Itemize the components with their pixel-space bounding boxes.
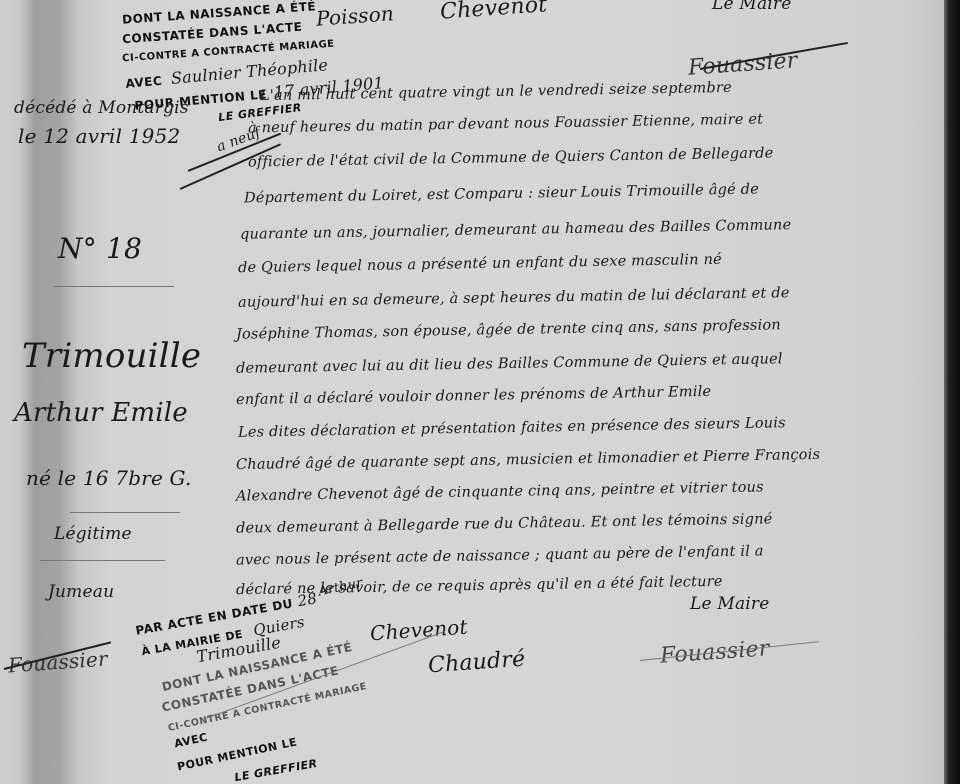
child-given-names: Arthur Emile bbox=[14, 398, 188, 428]
child-surname: Trimouille bbox=[22, 336, 201, 376]
witness-signature: Poisson bbox=[315, 1, 394, 30]
body-line: Joséphine Thomas, son épouse, âgée de tr… bbox=[236, 317, 781, 343]
birth-note: né le 16 7bre G. bbox=[26, 466, 192, 490]
body-line: à neuf heures du matin par devant nous F… bbox=[248, 112, 763, 137]
body-line: de Quiers lequel nous a présenté un enfa… bbox=[238, 252, 722, 276]
twin-status: Jumeau bbox=[48, 582, 114, 602]
divider bbox=[54, 286, 174, 287]
act-number: N° 18 bbox=[58, 232, 142, 265]
register-page: DONT LA NAISSANCE A ÉTÉ CONSTATÉE DANS L… bbox=[0, 0, 944, 784]
stamp-line: AVEC bbox=[173, 731, 209, 751]
body-line: demeurant avec lui au dit lieu des Baill… bbox=[236, 351, 783, 377]
body-line: Département du Loiret, est Comparu : sie… bbox=[244, 182, 759, 207]
witness-signature: Chaudré bbox=[427, 647, 526, 679]
body-line: Chaudré âgé de quarante sept ans, musici… bbox=[236, 447, 820, 473]
body-line: avec nous le présent acte de naissance ;… bbox=[236, 543, 764, 568]
divider bbox=[40, 560, 165, 561]
witness-signature: Fouassier bbox=[7, 647, 108, 678]
death-annotation-line: le 12 avril 1952 bbox=[18, 124, 180, 148]
body-line: deux demeurant à Bellegarde rue du Châte… bbox=[236, 511, 773, 536]
scan-edge bbox=[944, 0, 960, 784]
death-annotation-line: décédé à Montargis bbox=[14, 98, 189, 118]
legitimacy-status: Légitime bbox=[54, 524, 132, 544]
body-line: quarante un ans, journalier, demeurant a… bbox=[240, 217, 792, 243]
witness-signature: Chevenot bbox=[439, 0, 548, 25]
mayor-label: Le Maire bbox=[712, 0, 792, 14]
body-line: Les dites déclaration et présentation fa… bbox=[238, 415, 786, 441]
greffier-label: LE GREFFIER bbox=[234, 757, 319, 784]
body-line: enfant il a déclaré vouloir donner les p… bbox=[236, 384, 712, 408]
body-line: officier de l'état civil de la Commune d… bbox=[248, 145, 774, 170]
body-line: aujourd'hui en sa demeure, à sept heures… bbox=[238, 285, 790, 311]
divider bbox=[70, 512, 180, 513]
mayor-label: Le Maire bbox=[690, 594, 770, 614]
body-line: Alexandre Chevenot âgé de cinquante cinq… bbox=[236, 479, 764, 504]
